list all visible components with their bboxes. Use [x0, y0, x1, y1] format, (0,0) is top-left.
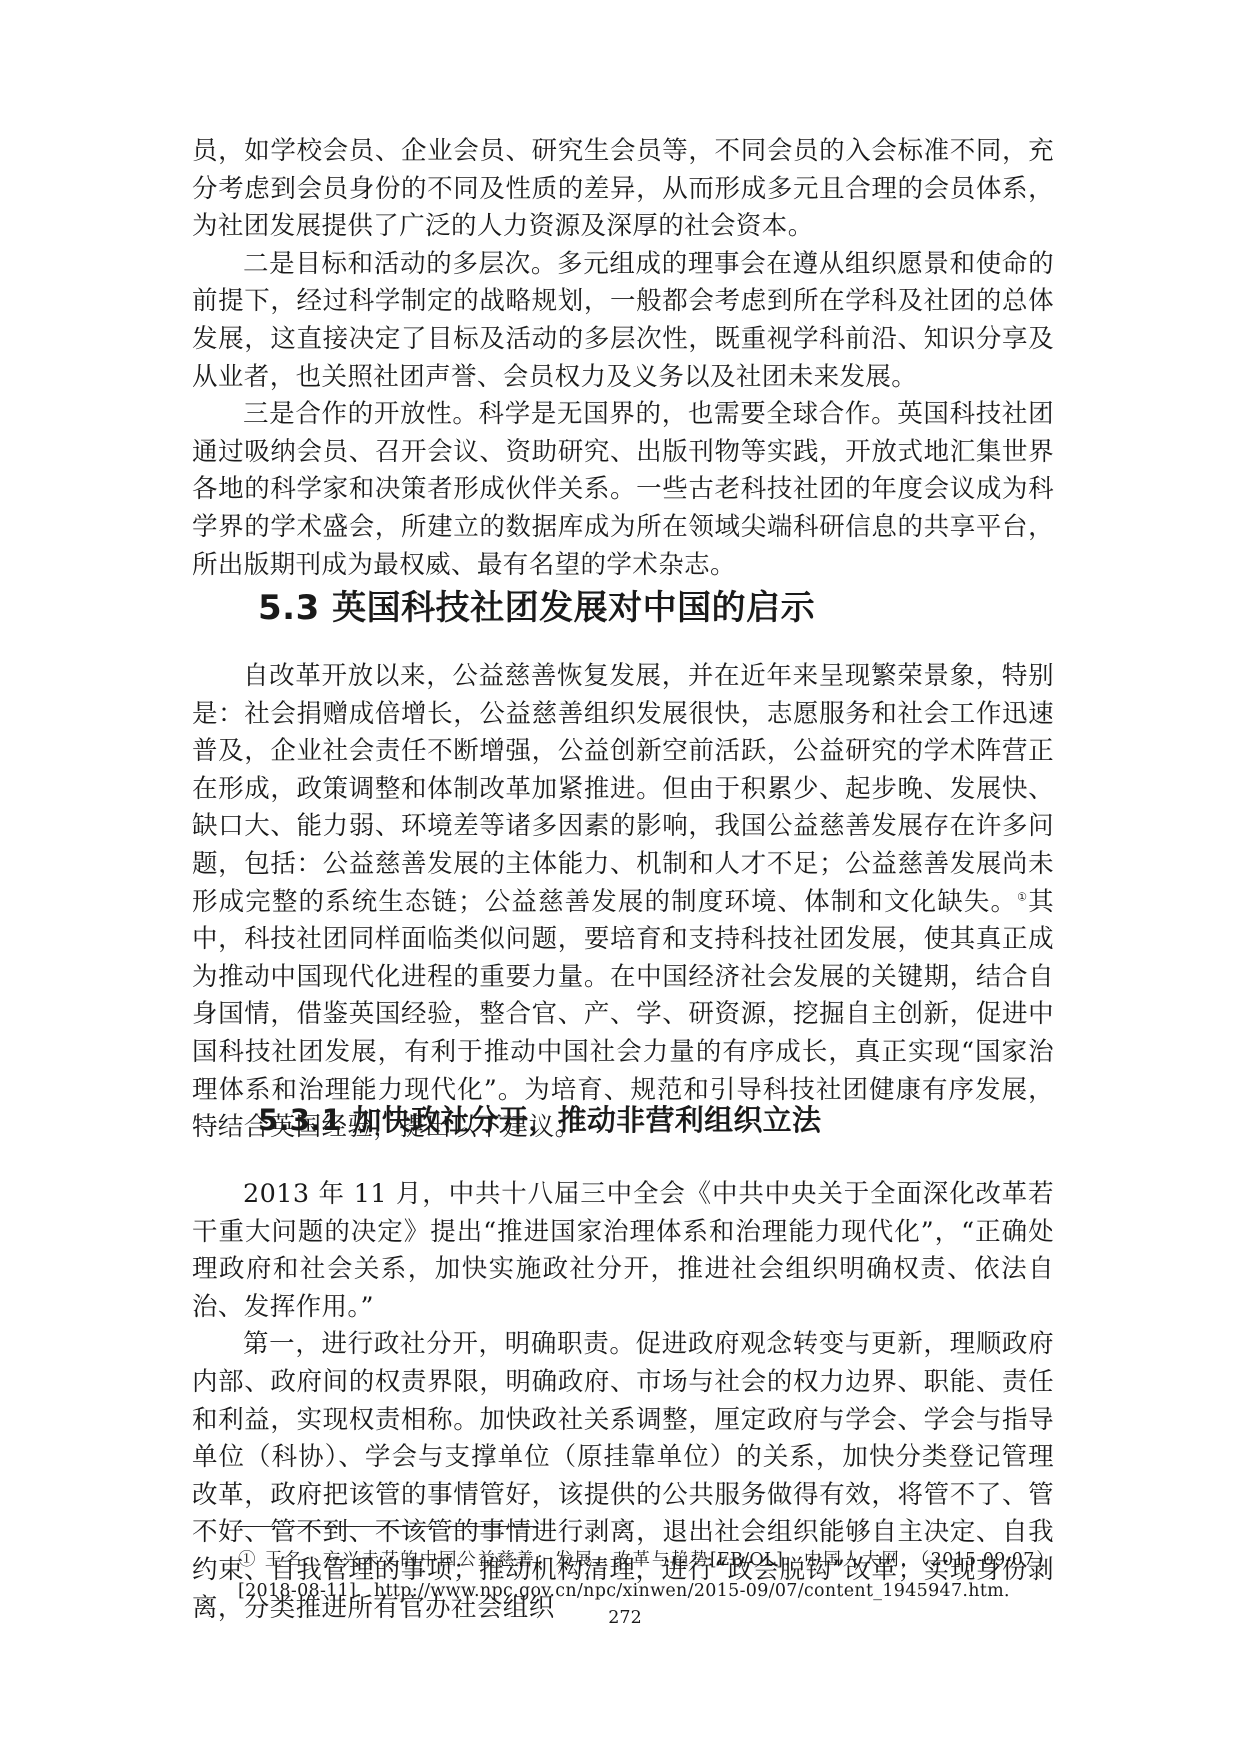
paragraph-2013-decision: 2013 年 11 月，中共十八届三中全会《中共中央关于全面深化改革若干重大问题… [192, 1176, 1054, 1326]
footnote-marker: ① [238, 1550, 257, 1570]
subsection-heading: 5.3.1 加快政社分开，推动非营利组织立法 [258, 1098, 821, 1139]
paragraph-section-intro: 自改革开放以来，公益慈善恢复发展，并在近年来呈现繁荣景象，特别是：社会捐赠成倍增… [192, 658, 1054, 1147]
paragraph-open-cooperation: 三是合作的开放性。科学是无国界的，也需要全球合作。英国科技社团通过吸纳会员、召开… [192, 396, 1054, 584]
paragraph-multilevel-goals: 二是目标和活动的多层次。多元组成的理事会在遵从组织愿景和使命的前提下，经过科学制… [192, 246, 1054, 396]
intro-text-block: 员，如学校会员、企业会员、研究生会员等，不同会员的入会标准不同，充分考虑到会员身… [192, 133, 1054, 584]
paragraph-continuation: 员，如学校会员、企业会员、研究生会员等，不同会员的入会标准不同，充分考虑到会员身… [192, 133, 1054, 246]
footnote-divider [238, 1526, 538, 1527]
page-number: 272 [0, 1608, 1240, 1628]
paragraph-text-part1: 自改革开放以来，公益慈善恢复发展，并在近年来呈现繁荣景象，特别是：社会捐赠成倍增… [192, 661, 1054, 917]
section-heading: 5.3 英国科技社团发展对中国的启示 [258, 580, 815, 629]
footnote-reference[interactable]: ① [1017, 890, 1028, 903]
document-page: 员，如学校会员、企业会员、研究生会员等，不同会员的入会标准不同，充分考虑到会员身… [0, 0, 1240, 1753]
footnote-text: 王名．方兴未艾的中国公益慈善：发展、改革与趋势[EB/OL]．中国人大网，（20… [238, 1550, 1054, 1601]
footnote: ① 王名．方兴未艾的中国公益慈善：发展、改革与趋势[EB/OL]．中国人大网，（… [238, 1545, 1054, 1607]
footnote-item: ① 王名．方兴未艾的中国公益慈善：发展、改革与趋势[EB/OL]．中国人大网，（… [238, 1545, 1054, 1607]
section-text-block: 自改革开放以来，公益慈善恢复发展，并在近年来呈现繁荣景象，特别是：社会捐赠成倍增… [192, 658, 1054, 1147]
